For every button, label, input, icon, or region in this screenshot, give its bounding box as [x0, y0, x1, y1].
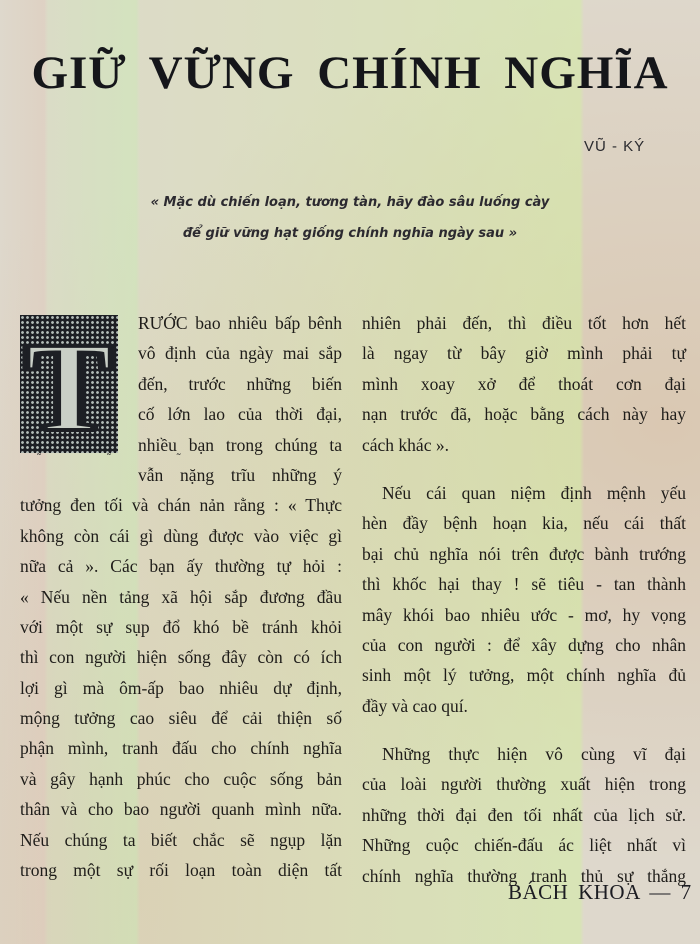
text-line: những thời đại đen tối nhất của lịch sử. [362, 800, 686, 830]
right-column: nhiên phải đến, thì điều tốt hơn hết là … [362, 308, 686, 891]
text-line: cố lớn lao của thời đại, [20, 399, 342, 429]
epigraph: « Mặc dù chiến loạn, tương tàn, hãy đào … [150, 187, 550, 249]
text-line: Những cuộc chiến-đấu ác liệt nhất vì [362, 830, 686, 860]
page-number: 7 [681, 880, 692, 904]
left-column: RƯỚC bao nhiêu bấp bênh vô định của ngày… [20, 308, 342, 885]
text-line: lợi gì mà ôm-ấp bao nhiêu dự định, [20, 673, 342, 703]
text-line: thì con người hiện sống đây còn có ích [20, 642, 342, 672]
text-line: Nếu chúng ta biết chắc sẽ ngụp lặn [20, 825, 342, 855]
text-line: mộng tưởng cao siêu để cải thiện số [20, 703, 342, 733]
text-line: thân và cho bao người quanh mình nữa. [20, 794, 342, 824]
text-line: mây khói bao nhiêu ước - mơ, hy vọng [362, 600, 686, 630]
article-title: GIỮ VỮNG CHÍNH NGHĨA [0, 46, 700, 100]
text-line: RƯỚC bao nhiêu bấp bênh [20, 308, 342, 338]
text-line: với một sự sụp đổ khó bề tránh khỏi [20, 612, 342, 642]
paragraph: nhiên phải đến, thì điều tốt hơn hết là … [362, 308, 686, 460]
epigraph-line: « Mặc dù chiến loạn, tương tàn, hãy đào … [150, 187, 550, 218]
text-line: nhiều bạn trong chúng ta [20, 430, 342, 460]
page-footer: BÁCH KHOA — 7 [508, 880, 692, 905]
text-line: nạn trước đã, hoặc bằng cách này hay [362, 399, 686, 429]
text-line: trong một sự rối loạn toàn diện tất [20, 855, 342, 885]
text-line: mình xoay xở để thoát cơn đại [362, 369, 686, 399]
text-line: Nếu cái quan niệm định mệnh yếu [362, 478, 686, 508]
text-line: của con người : để xây dựng cho nhân [362, 630, 686, 660]
text-line: vẫn nặng trĩu những ý [20, 460, 342, 490]
text-line: nữa cả ». Các bạn ấy thường tự hỏi : [20, 551, 342, 581]
text-line: đầy và cao quí. [362, 691, 686, 721]
paragraph: Những thực hiện vô cùng vĩ đại của loài … [362, 739, 686, 891]
paragraph: Nếu cái quan niệm định mệnh yếu hèn đầy … [362, 478, 686, 721]
text-line: không còn cái gì dùng được vào việc gì [20, 521, 342, 551]
text-line: thì khốc hại thay ! sẽ tiêu - tan thành [362, 569, 686, 599]
text-line: bại chủ nghĩa nói trên được bành trướng [362, 539, 686, 569]
text-line: hèn đầy bệnh hoạn kia, nếu cái thất [362, 508, 686, 538]
paragraph-gap [362, 460, 686, 478]
text-line: « Nếu nền tảng xã hội sắp đương đầu [20, 582, 342, 612]
author-byline: VŨ - KÝ [584, 138, 645, 155]
text-line: Những thực hiện vô cùng vĩ đại [362, 739, 686, 769]
text-line: vô định của ngày mai sắp [20, 338, 342, 368]
magazine-page: GIỮ VỮNG CHÍNH NGHĨA VŨ - KÝ « Mặc dù ch… [0, 0, 700, 944]
text-line: sinh một lý tưởng, một chính nghĩa đủ [362, 660, 686, 690]
text-line: và gây hạnh phúc cho cuộc sống bản [20, 764, 342, 794]
epigraph-line: để giữ vững hạt giống chính nghĩa ngày s… [150, 218, 550, 249]
text-line: cách khác ». [362, 430, 686, 460]
footer-separator: — [649, 880, 671, 904]
text-line: là ngay từ bây giờ mình phải tự [362, 338, 686, 368]
magazine-name: BÁCH KHOA [508, 880, 640, 904]
text-line: phận mình, tranh đấu cho chính nghĩa [20, 733, 342, 763]
text-line: tưởng đen tối và chán nản rằng : « Thực [20, 490, 342, 520]
text-line: nhiên phải đến, thì điều tốt hơn hết [362, 308, 686, 338]
text-line: của loài người thường xuất hiện trong [362, 769, 686, 799]
text-line: đến, trước những biến [20, 369, 342, 399]
paragraph-gap [362, 721, 686, 739]
